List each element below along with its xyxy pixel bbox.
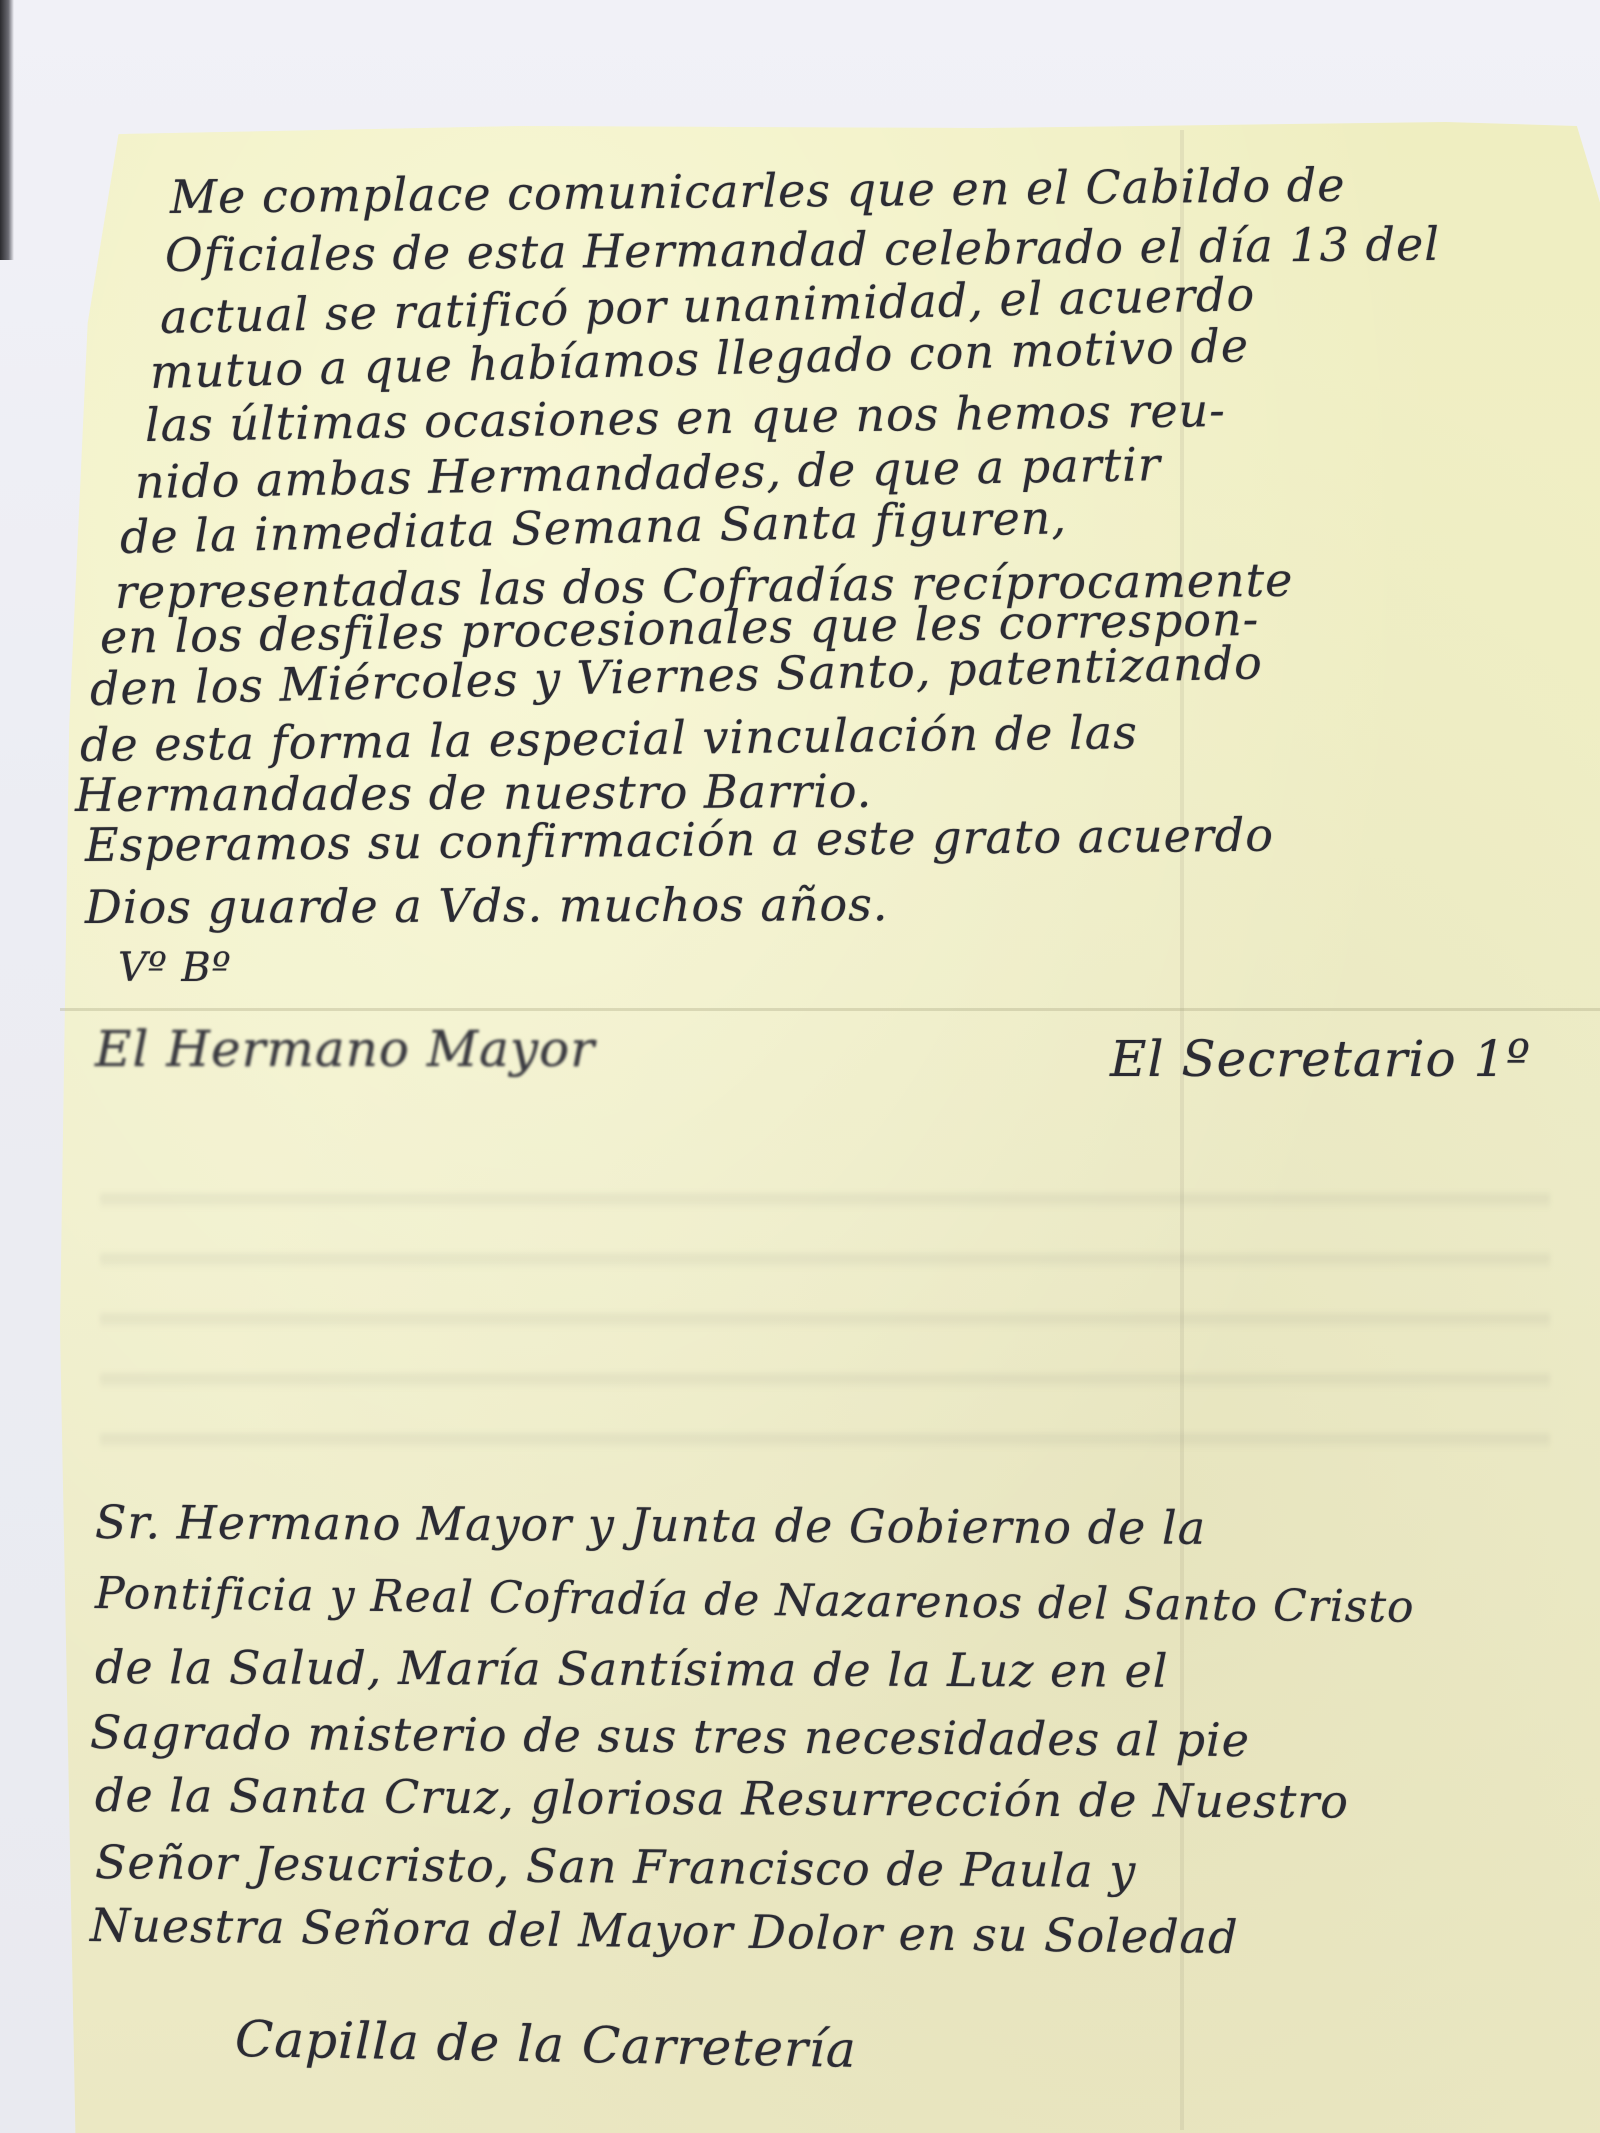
faded-bleed-through <box>100 1150 1550 1450</box>
approval-mark: Vº Bº <box>118 945 232 991</box>
addressee-line: Señor Jesucristo, San Francisco de Paula… <box>95 1835 1137 1898</box>
addressee-line: de la Santa Cruz, gloriosa Resurrección … <box>95 1768 1349 1829</box>
body-line: Dios guarde a Vds. muchos años. <box>85 877 889 934</box>
addressee-line: de la Salud, María Santísima de la Luz e… <box>95 1640 1169 1698</box>
addressee-line: Sr. Hermano Mayor y Junta de Gobierno de… <box>95 1495 1206 1555</box>
body-line: Esperamos su confirmación a este grato a… <box>85 808 1274 872</box>
signature-secretario: El Secretario 1º <box>1110 1030 1531 1088</box>
addressee-line: Sagrado misterio de sus tres necesidades… <box>90 1705 1250 1767</box>
signature-hermano-mayor: El Hermano Mayor <box>95 1020 595 1078</box>
location-line: Capilla de la Carretería <box>234 2010 857 2079</box>
photo-edge-shadow <box>0 0 14 260</box>
paper-horizontal-fold <box>60 1008 1600 1011</box>
